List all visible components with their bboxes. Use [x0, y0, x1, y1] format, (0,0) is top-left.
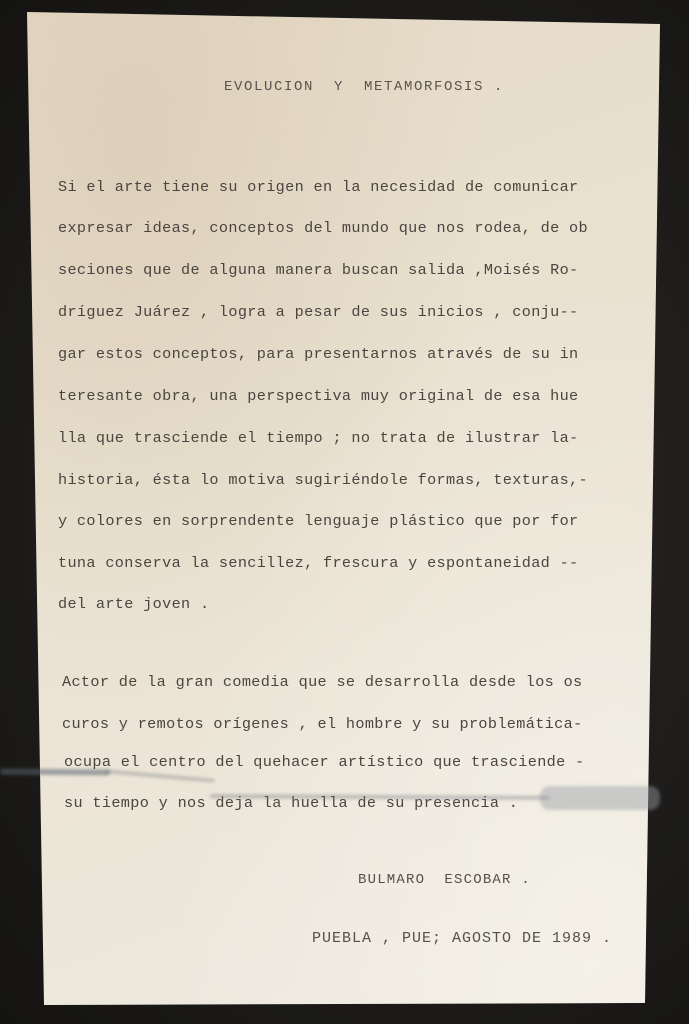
- text-line: teresante obra, una perspectiva muy orig…: [58, 389, 579, 404]
- text-line: ocupa el centro del quehacer artístico q…: [64, 755, 585, 770]
- text-line: Si el arte tiene su origen en la necesid…: [58, 180, 579, 195]
- text-line: y colores en sorprendente lenguaje plást…: [58, 514, 579, 529]
- text-line: expresar ideas, conceptos del mundo que …: [58, 221, 588, 236]
- text-line: dríguez Juárez , logra a pesar de sus in…: [58, 305, 579, 320]
- text-line: historia, ésta lo motiva sugiriéndole fo…: [58, 473, 588, 488]
- document-title: EVOLUCION Y METAMORFOSIS .: [224, 80, 504, 94]
- text-line: lla que trasciende el tiempo ; no trata …: [58, 431, 579, 446]
- text-line: seciones que de alguna manera buscan sal…: [58, 263, 579, 278]
- text-line: Actor de la gran comedia que se desarrol…: [62, 675, 583, 690]
- text-line: curos y remotos orígenes , el hombre y s…: [62, 717, 583, 732]
- text-line: su tiempo y nos deja la huella de su pre…: [64, 796, 518, 811]
- place-date: PUEBLA , PUE; AGOSTO DE 1989 .: [312, 931, 612, 946]
- text-line: gar estos conceptos, para presentarnos a…: [58, 347, 579, 362]
- text-line: del arte joven .: [58, 597, 209, 612]
- text-line: tuna conserva la sencillez, frescura y e…: [58, 556, 579, 571]
- signature: BULMARO ESCOBAR .: [358, 873, 531, 887]
